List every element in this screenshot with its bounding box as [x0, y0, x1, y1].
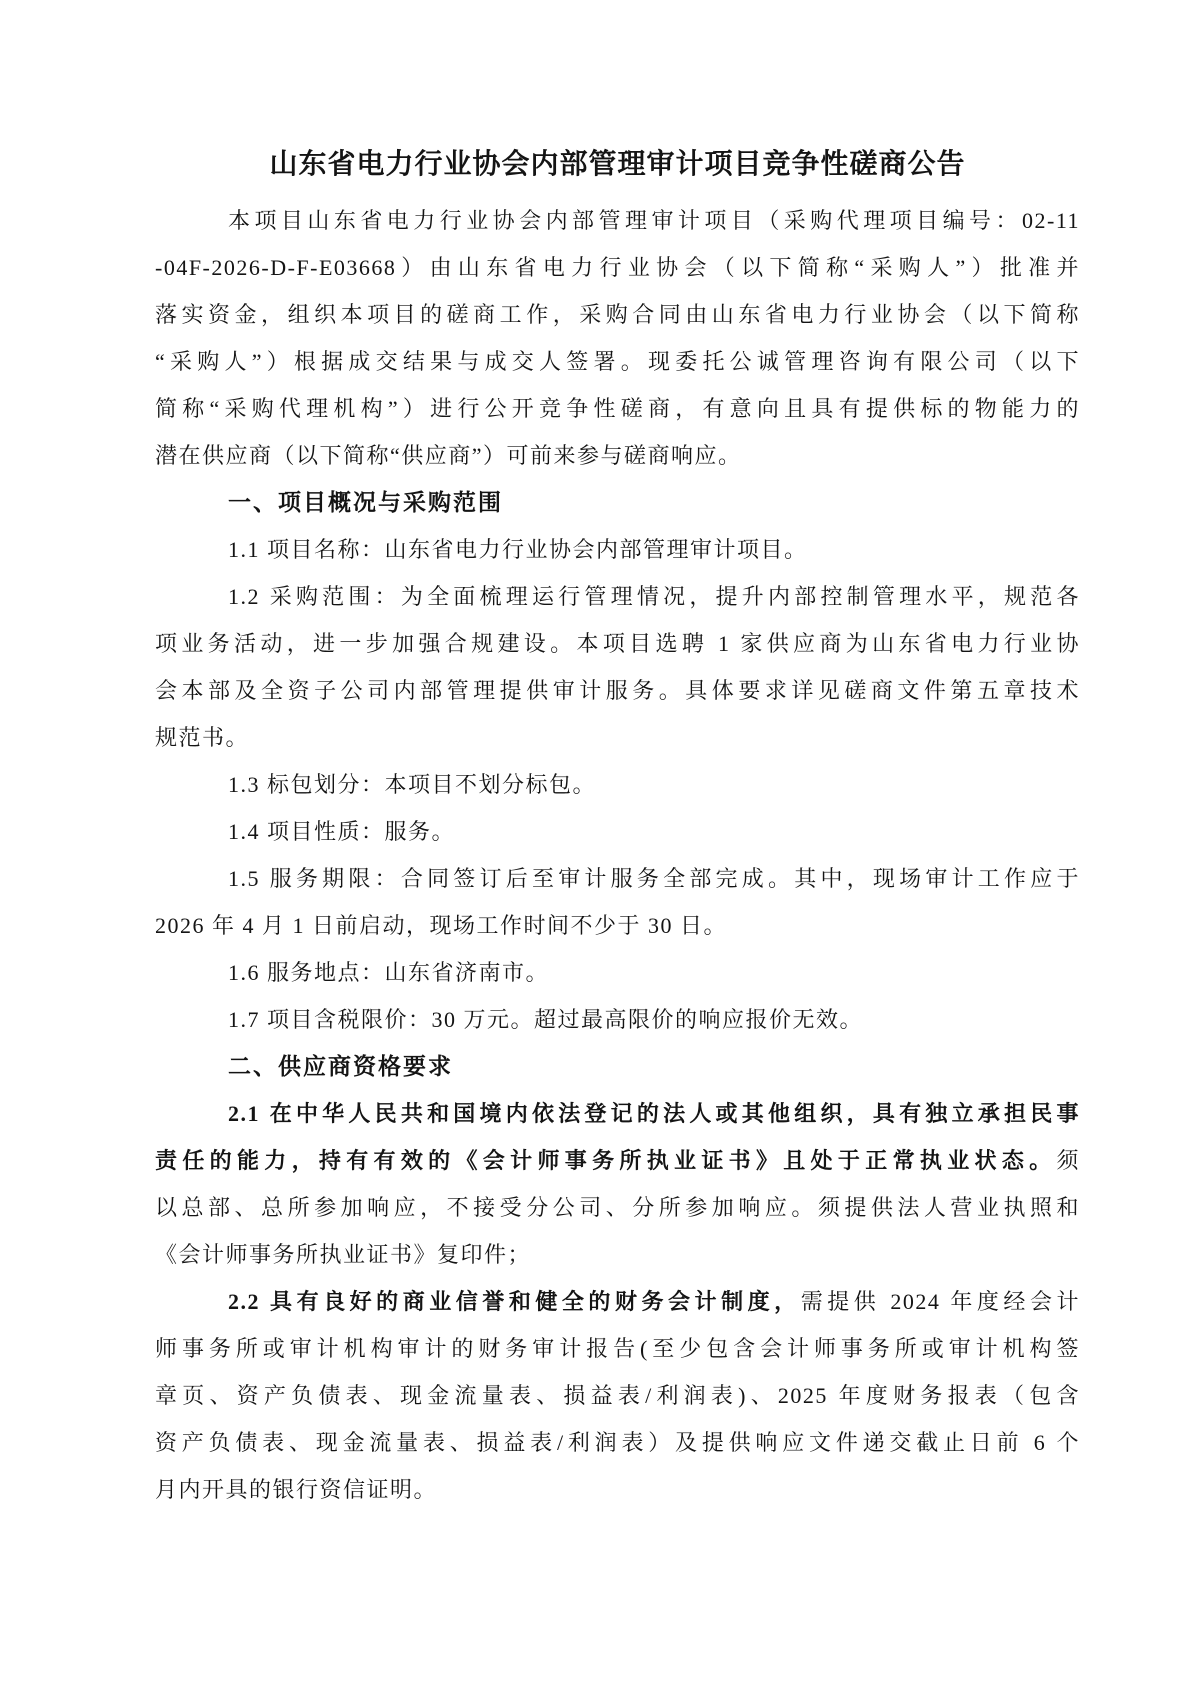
clause-1-5-line-2: 2026 年 4 月 1 日前启动，现场工作时间不少于 30 日。 [155, 902, 1080, 949]
document-body: 本项目山东省电力行业协会内部管理审计项目（采购代理项目编号：02-11 -04F… [155, 197, 1080, 1513]
clause-1-1: 1.1 项目名称：山东省电力行业协会内部管理审计项目。 [155, 526, 1080, 573]
clause-2-2-line-5: 月内开具的银行资信证明。 [155, 1466, 1080, 1513]
intro-line-1: 本项目山东省电力行业协会内部管理审计项目（采购代理项目编号：02-11 [155, 197, 1080, 244]
document-title: 山东省电力行业协会内部管理审计项目竞争性磋商公告 [155, 140, 1080, 187]
clause-1-2-line-2: 项业务活动，进一步加强合规建设。本项目选聘 1 家供应商为山东省电力行业协 [155, 620, 1080, 667]
clause-2-2-bold-run: 2.2 具有良好的商业信誉和健全的财务会计制度， [228, 1289, 801, 1314]
clause-2-1-line-2: 责任的能力，持有有效的《会计师事务所执业证书》且处于正常执业状态。须 [155, 1137, 1080, 1184]
clause-1-2-line-3: 会本部及全资子公司内部管理提供审计服务。具体要求详见磋商文件第五章技术 [155, 667, 1080, 714]
clause-2-1-regular-run: 须 [1056, 1148, 1080, 1173]
document-content: 山东省电力行业协会内部管理审计项目竞争性磋商公告 本项目山东省电力行业协会内部管… [155, 0, 1080, 1513]
intro-line-5: 简称“采购代理机构”）进行公开竞争性磋商，有意向且具有提供标的物能力的 [155, 385, 1080, 432]
intro-line-4: “采购人”）根据成交结果与成交人签署。现委托公诚管理咨询有限公司（以下 [155, 338, 1080, 385]
clause-2-1-line-1: 2.1 在中华人民共和国境内依法登记的法人或其他组织，具有独立承担民事 [155, 1090, 1080, 1137]
clause-1-7: 1.7 项目含税限价：30 万元。超过最高限价的响应报价无效。 [155, 996, 1080, 1043]
intro-line-6: 潜在供应商（以下简称“供应商”）可前来参与磋商响应。 [155, 432, 1080, 479]
clause-2-2-line-4: 资产负债表、现金流量表、损益表/利润表）及提供响应文件递交截止日前 6 个 [155, 1419, 1080, 1466]
intro-line-3: 落实资金，组织本项目的磋商工作，采购合同由山东省电力行业协会（以下简称 [155, 291, 1080, 338]
clause-1-6: 1.6 服务地点：山东省济南市。 [155, 949, 1080, 996]
document-page: 山东省电力行业协会内部管理审计项目竞争性磋商公告 本项目山东省电力行业协会内部管… [0, 0, 1190, 1683]
clause-2-2-line-1: 2.2 具有良好的商业信誉和健全的财务会计制度，需提供 2024 年度经会计 [155, 1278, 1080, 1325]
clause-1-4: 1.4 项目性质：服务。 [155, 808, 1080, 855]
clause-2-2-regular-run: 需提供 2024 年度经会计 [801, 1289, 1080, 1314]
intro-line-2: -04F-2026-D-F-E03668）由山东省电力行业协会（以下简称“采购人… [155, 244, 1080, 291]
clause-2-1-line-3: 以总部、总所参加响应，不接受分公司、分所参加响应。须提供法人营业执照和 [155, 1184, 1080, 1231]
clause-2-1-bold-run: 责任的能力，持有有效的《会计师事务所执业证书》且处于正常执业状态。 [155, 1148, 1056, 1173]
clause-2-2-line-3: 章页、资产负债表、现金流量表、损益表/利润表)、2025 年度财务报表（包含 [155, 1372, 1080, 1419]
clause-1-5-line-1: 1.5 服务期限：合同签订后至审计服务全部完成。其中，现场审计工作应于 [155, 855, 1080, 902]
section2-heading: 二、供应商资格要求 [155, 1043, 1080, 1090]
clause-2-1-line-4: 《会计师事务所执业证书》复印件； [155, 1231, 1080, 1278]
clause-1-2-line-1: 1.2 采购范围：为全面梳理运行管理情况，提升内部控制管理水平，规范各 [155, 573, 1080, 620]
clause-2-2-line-2: 师事务所或审计机构审计的财务审计报告(至少包含会计师事务所或审计机构签 [155, 1325, 1080, 1372]
section1-heading: 一、项目概况与采购范围 [155, 479, 1080, 526]
clause-1-3: 1.3 标包划分：本项目不划分标包。 [155, 761, 1080, 808]
clause-1-2-line-4: 规范书。 [155, 714, 1080, 761]
